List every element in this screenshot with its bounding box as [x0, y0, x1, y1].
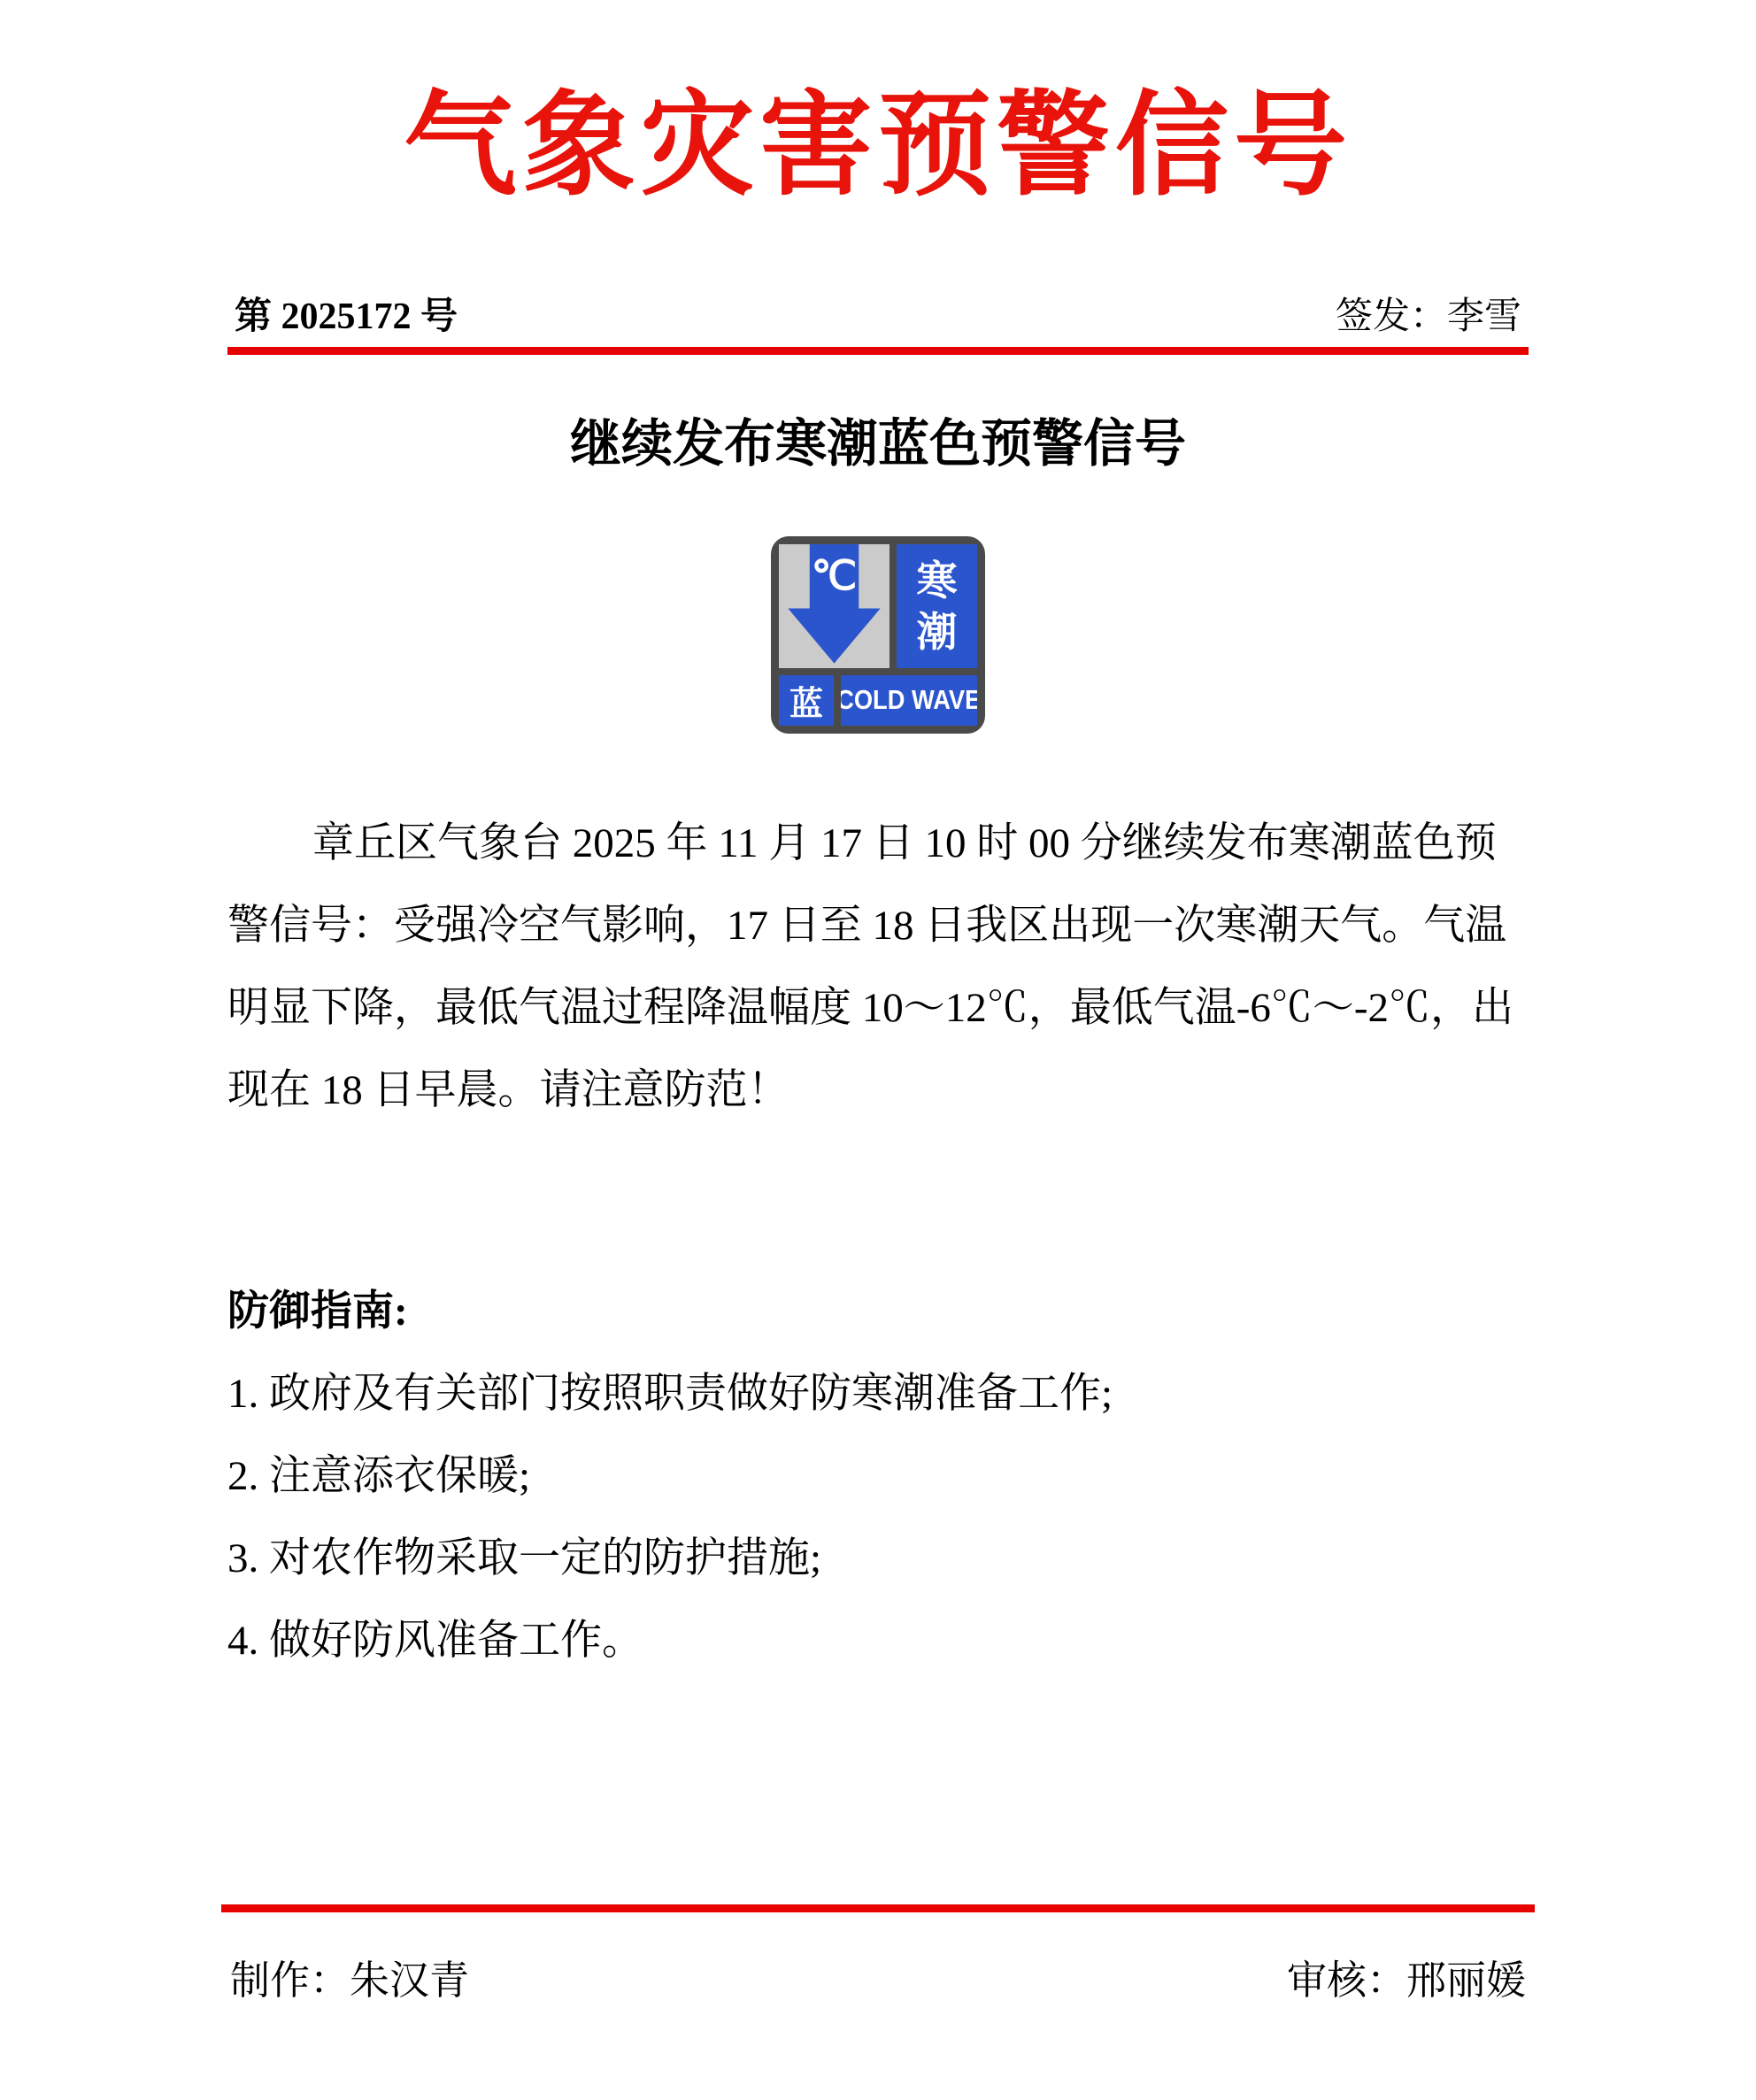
defense-guide-item-1: 1. 政府及有关部门按照职责做好防寒潮准备工作; — [227, 1353, 1529, 1435]
body-line-2: 警信号：受强冷空气影响，17 日至 18 日我区出现一次寒潮天气。气温 — [227, 885, 1529, 967]
cold-wave-cn-label: 寒 潮 — [897, 544, 977, 668]
cold-wave-char-2: 潮 — [917, 606, 958, 658]
defense-guide-heading: 防御指南: — [227, 1271, 1529, 1353]
body-line-1: 章丘区气象台 2025 年 11 月 17 日 10 时 00 分继续发布寒潮蓝… — [227, 803, 1529, 885]
defense-guide-section: 防御指南: 1. 政府及有关部门按照职责做好防寒潮准备工作; 2. 注意添衣保暖… — [227, 1271, 1529, 1682]
defense-guide-item-2: 2. 注意添衣保暖; — [227, 1435, 1529, 1518]
warning-subtitle: 继续发布寒潮蓝色预警信号 — [227, 415, 1529, 474]
cold-wave-en-label: COLD WAVE — [841, 675, 977, 726]
body-line-4: 现在 18 日早晨。请注意防范！ — [227, 1050, 1529, 1132]
icon-top-row: ℃ 寒 潮 — [779, 544, 977, 668]
warning-body-paragraph: 章丘区气象台 2025 年 11 月 17 日 10 时 00 分继续发布寒潮蓝… — [227, 803, 1529, 1132]
document-footer: 制作：朱汉青 审核：邢丽媛 — [221, 1904, 1535, 2004]
document-number: 第 2025172 号 — [235, 296, 458, 338]
warning-icon-container: ℃ 寒 潮 蓝 COLD WAVE — [227, 536, 1529, 734]
body-line-3: 明显下降，最低气温过程降温幅度 10～12℃，最低气温-6℃～-2℃，出 — [227, 967, 1529, 1050]
document-title: 气象灾害预警信号 — [0, 0, 1756, 214]
issuer-signature: 签发：李雪 — [1336, 296, 1521, 338]
defense-guide-item-4: 4. 做好防风准备工作。 — [227, 1600, 1529, 1682]
defense-guide-item-3: 3. 对农作物采取一定的防护措施; — [227, 1518, 1529, 1600]
warning-document-page: 气象灾害预警信号 第 2025172 号 签发：李雪 继续发布寒潮蓝色预警信号 … — [0, 0, 1756, 2100]
document-number-row: 第 2025172 号 签发：李雪 — [227, 296, 1529, 355]
blue-level-label: 蓝 — [779, 675, 834, 726]
cold-wave-warning-icon: ℃ 寒 潮 蓝 COLD WAVE — [771, 536, 985, 734]
cold-wave-char-1: 寒 — [917, 555, 958, 606]
producer-credit: 制作：朱汉青 — [230, 1958, 469, 2004]
celsius-symbol: ℃ — [779, 551, 890, 599]
reviewer-credit: 审核：邢丽媛 — [1287, 1958, 1526, 2004]
temperature-panel: ℃ — [779, 544, 890, 668]
icon-bottom-row: 蓝 COLD WAVE — [779, 675, 977, 726]
